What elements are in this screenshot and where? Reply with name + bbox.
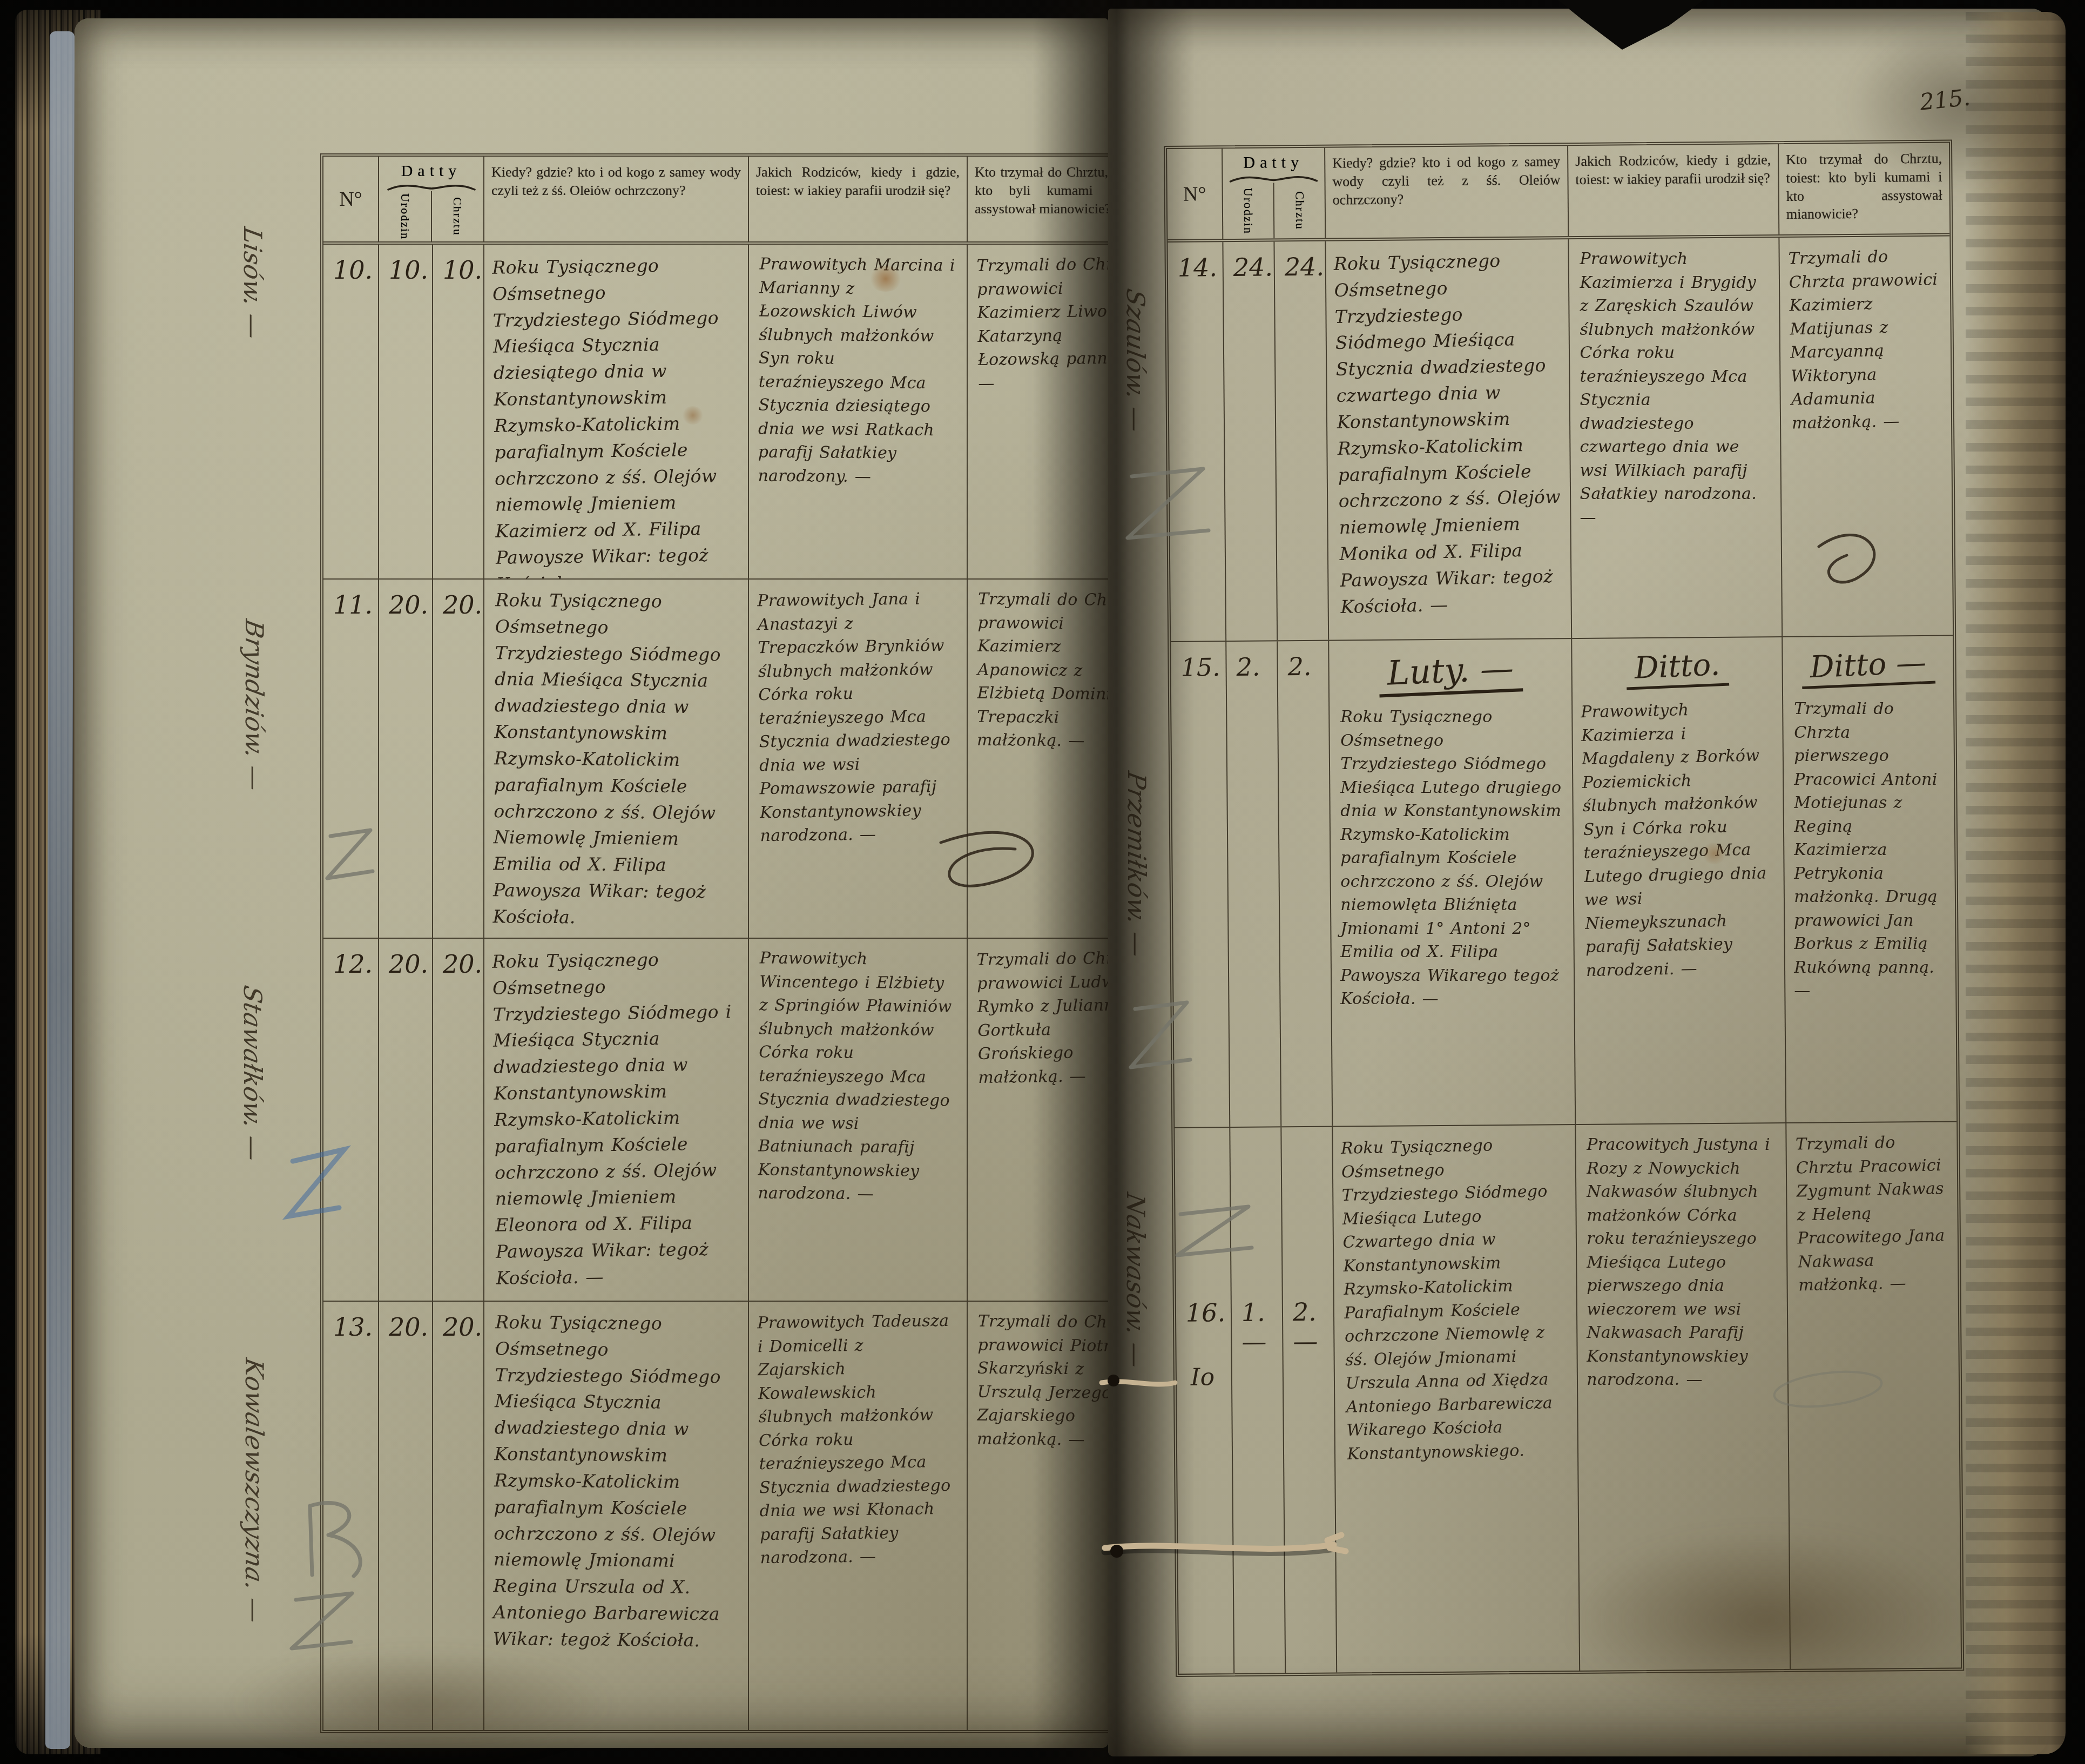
right-page: 215. Szaulów. — Przemiłków. — Nakwasów. … — [1108, 9, 2048, 1756]
entry-baptism-day: 2. — — [1283, 1297, 1334, 1356]
header-baptized: Chrztu — [1292, 191, 1307, 230]
entry-godparents-text: Trzymali do Chrztu prawowici Piotr Skarz… — [968, 1302, 1108, 1460]
entry-baptism-day: 10. — [433, 245, 483, 285]
entry-number: 12. — [323, 939, 378, 979]
entry-act-text: Roku Tysiącznego Ośmsetnego Trzydziesteg… — [484, 1302, 749, 1663]
margin-note-village: Przemiłków. — — [1122, 769, 1151, 959]
entry-birth-day: 20. — [379, 939, 432, 979]
entry-baptism-day: 24. — [1274, 241, 1325, 282]
entry-birth-day: 20. — [379, 1302, 432, 1342]
table-row-entry-14: 14. 24. 24. Roku Tysiącznego Ośmsetnego … — [1168, 237, 1953, 642]
header-parents: Jakich Rodziców, kiedy i gdzie, toiest: … — [749, 157, 967, 206]
header-baptized: Chrztu — [450, 197, 464, 236]
entry-godparents-text: Trzymali do Chrztu prawowici Kazimierz A… — [968, 580, 1108, 762]
ditto-heading: Ditto. — [1625, 643, 1730, 690]
datty-brace-icon — [386, 180, 477, 191]
header-when-where: Kiedy? gdzie? kto i od kogo z samey wody… — [484, 157, 748, 206]
register-table-right: N° Datty Urodzin Chrztu Kiedy? gdzie? kt… — [1164, 140, 1964, 1677]
margin-note-village: Stawałków. — — [238, 983, 267, 1163]
header-parents: Jakich Rodziców, kiedy i gdzie, toiest: … — [1568, 144, 1778, 196]
entry-baptism-day: 20. — [433, 939, 483, 979]
entry-act-text: Roku Tysiącznego Ośmsetnego Trzydziesteg… — [1333, 1125, 1580, 1475]
header-datty-label: Datty — [379, 157, 483, 180]
entry-act-text: Roku Tysiącznego Ośmsetnego Trzydziesteg… — [1331, 697, 1573, 1020]
header-when-where: Kiedy? gdzie? kto i od kogo z samey wody… — [1325, 146, 1568, 216]
entry-number: 16. — [1176, 1298, 1231, 1328]
table-row-entry-15: 15. 2. 2. Luty. — Roku Tysiącznego Ośmse… — [1171, 636, 1956, 1128]
header-no: N° — [1183, 182, 1206, 206]
photographed-register-book: Lisów. — Bryndziów. — Stawałków. — Kowal… — [0, 0, 2085, 1764]
entry-birth-day: 24. — [1223, 241, 1274, 282]
entry-birth-day: 1. — — [1232, 1297, 1283, 1356]
table-header-row: N° Datty Urodzin Chrztu Kiedy? gdzie? kt… — [1167, 143, 1949, 243]
datty-brace-icon — [1228, 172, 1319, 183]
header-no: N° — [339, 187, 362, 211]
entry-baptism-day: 20. — [433, 580, 483, 620]
table-row-entry-11: 11. 20. 20. Roku Tysiącznego Ośmsetnego … — [323, 580, 1108, 939]
entry-godparents-text: Trzymali do Chrzta prawowici Kazimierz M… — [1779, 237, 1952, 444]
header-datty: Datty Urodzin Chrztu — [379, 157, 484, 241]
entry-parents-text: Prawowitych Marcina i Marianny z Łozowsk… — [749, 245, 968, 498]
entry-godparents-text: Trzymali do Chrztu Pracowici Zygmunt Nak… — [1786, 1122, 1959, 1307]
blue-bookmark-strip — [45, 31, 75, 1749]
margin-note-village: Szaulów. — — [1121, 286, 1150, 434]
month-heading: Luty. — — [1378, 643, 1523, 697]
entry-birth-day: 2. — [1226, 641, 1277, 682]
table-row-entry-10: 10. 10. 10. Roku Tysiącznego Ośmsetnego … — [323, 245, 1108, 580]
entry-parents-text: Pracowitych Justyna i Rozy z Nowyckich N… — [1577, 1125, 1786, 1401]
header-godparents: Kto trzymał do Chrztu, toiest: kto byli … — [1779, 143, 1949, 231]
entry-birth-day: 10. — [379, 245, 432, 285]
header-born: Urodzin — [398, 193, 412, 239]
entry-birth-day: 20. — [379, 580, 432, 620]
table-header-row: N° Datty Urodzin Chrztu Kiedy? gdzie? kt… — [323, 157, 1108, 245]
entry-baptism-day: 2. — [1278, 641, 1328, 682]
entry-number: 11. — [323, 580, 378, 620]
page-number: 215. — [1919, 84, 1972, 116]
header-godparents: Kto trzymał do Chrztu, toiest: kto byli … — [968, 157, 1108, 224]
entry-parents-text: Prawowitych Kazimierza i Magdaleny z Bor… — [1572, 688, 1786, 992]
header-born: Urodzin — [1241, 187, 1256, 234]
table-row-entry-13: 13. 20. 20. Roku Tysiącznego Ośmsetnego … — [323, 1302, 1108, 1730]
entry-parents-text: Prawowitych Jana i Anastazyi z Trepaczkó… — [749, 580, 968, 857]
entry-parents-text: Prawowitych Wincentego i Elżbiety z Spri… — [749, 939, 968, 1215]
entry-godparents-text: Trzymali do Chrztu prawowici Ludwik Rymk… — [968, 939, 1108, 1098]
margin-note-village: Bryndziów. — — [240, 617, 269, 793]
entry-parents-text: Prawowitych Tadeusza i Domicelli z Zajar… — [749, 1302, 968, 1579]
entry-number: 15. — [1171, 642, 1226, 682]
entry-act-text: Roku Tysiącznego Ośmsetnego Trzydziesteg… — [1326, 239, 1572, 629]
table-row-entry-16: 16. Io 1. — 2. — Roku Tysiącznego Ośmset… — [1175, 1122, 1961, 1674]
left-page: Lisów. — Bryndziów. — Stawałków. — Kowal… — [75, 18, 1108, 1748]
entry-baptism-day: 20. — [433, 1302, 483, 1342]
entry-act-text: Roku Tysiącznego Ośmsetnego Trzydziesteg… — [484, 580, 749, 938]
margin-note-village: Nakwasów. — — [1121, 1190, 1150, 1370]
table-row-entry-12: 12. 20. 20. Roku Tysiącznego Ośmsetnego … — [323, 939, 1108, 1302]
entry-godparents-text: Trzymali do Chrztu prawowici Kazimierz L… — [968, 245, 1108, 404]
entry-number: 10. — [323, 245, 378, 285]
margin-note-village: Lisów. — — [238, 225, 267, 341]
entry-godparents-text: Trzymali do Chrzta pierwszego Pracowici … — [1784, 689, 1954, 1012]
entry-number: 14. — [1168, 242, 1223, 282]
entry-number: 13. — [323, 1302, 378, 1342]
margin-note-village: Kowalewszczyzna. — — [240, 1356, 269, 1625]
entry-act-text: Roku Tysiącznego Ośmsetnego Trzydziesteg… — [484, 245, 749, 578]
right-deckle-edge — [1966, 12, 2066, 1754]
entry-act-text: Roku Tysiącznego Ośmsetnego Trzydziesteg… — [484, 939, 749, 1301]
header-datty: Datty Urodzin Chrztu — [1223, 148, 1326, 239]
ditto-heading: Ditto — — [1800, 641, 1936, 690]
entry-correction-mark: Io — [1176, 1327, 1231, 1395]
entry-parents-text: Prawowitych Kazimierza i Brygidy z Zaręs… — [1570, 239, 1780, 538]
register-table-left: N° Datty Urodzin Chrztu Kiedy? gdzie? kt… — [320, 153, 1108, 1733]
header-datty-label: Datty — [1223, 148, 1324, 172]
